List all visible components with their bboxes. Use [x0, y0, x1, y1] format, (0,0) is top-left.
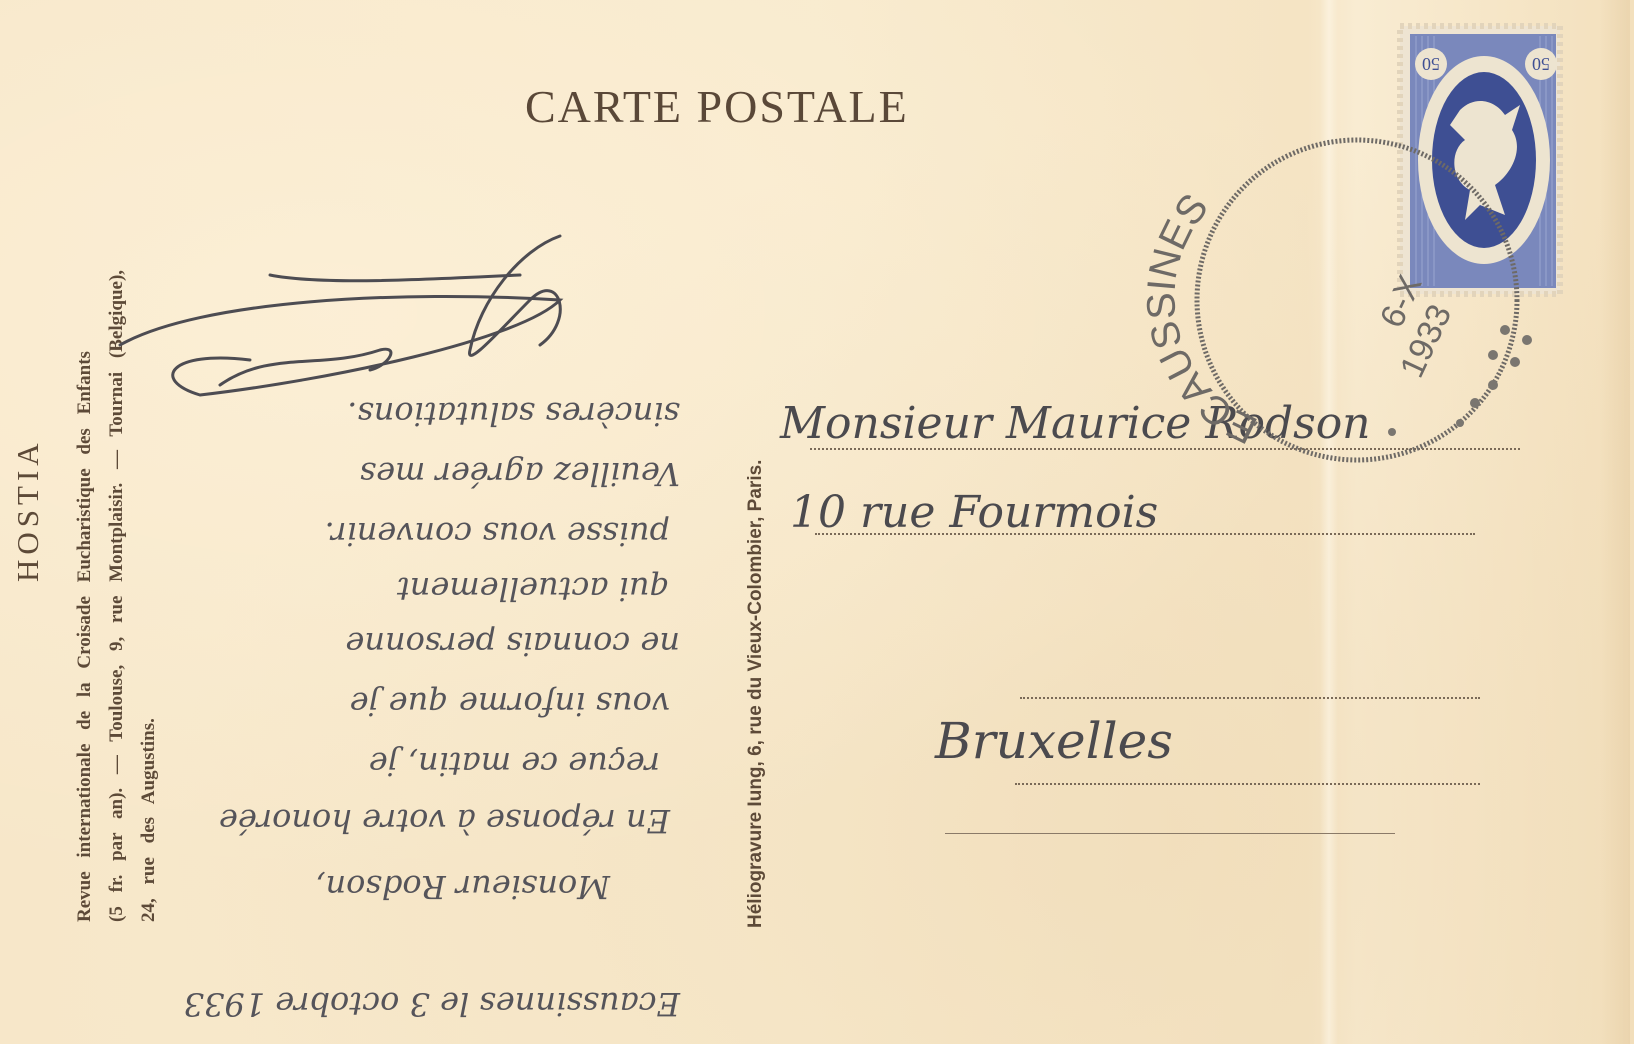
publisher-line: 24, rue des Augustins. [133, 270, 165, 922]
message-line: ne connais personne [200, 625, 680, 663]
address-line-3 [1020, 697, 1480, 699]
publisher-details: Revue internationale de la Croisade Euch… [69, 270, 165, 922]
message-line: Veuillez agréer mes [180, 455, 680, 493]
message-line: En réponse à votre honorée [200, 802, 670, 840]
address-line-4 [1015, 783, 1480, 785]
lion-icon [1450, 101, 1520, 220]
printer-credit: Héliogravure Iung, 6, rue du Vieux-Colom… [745, 460, 767, 928]
message-line: vous informe que je [200, 685, 670, 723]
signature-icon [120, 236, 560, 395]
message-line: reçue ce matin, je [210, 745, 660, 783]
postage-stamp: 50 50 [1400, 26, 1560, 294]
postcard-back: CARTE POSTALE HOSTIA Revue international… [0, 0, 1634, 1044]
message-line: sincères salutations. [200, 395, 680, 433]
card-title: CARTE POSTALE [525, 80, 909, 133]
message-date: Ecaussinnes le 3 octobre 1933 [60, 985, 680, 1023]
svg-text:6-X: 6-X [1373, 269, 1430, 333]
publisher-line: Revue internationale de la Croisade Euch… [69, 270, 101, 922]
message-line: puisse vous convenir. [150, 515, 670, 553]
message-line: qui actuellement [190, 570, 670, 608]
recipient-name: Monsieur Maurice Rodson [780, 398, 1371, 449]
svg-text:50: 50 [1422, 54, 1440, 74]
message-line: Monsieur Rodson, [190, 868, 610, 906]
recipient-city: Bruxelles [935, 712, 1173, 770]
publisher-name: HOSTIA [10, 438, 46, 582]
address-line-5 [945, 833, 1395, 834]
svg-text:1933: 1933 [1393, 299, 1459, 384]
recipient-street: 10 rue Fourmois [790, 487, 1158, 538]
paper-edge [1600, 0, 1630, 1044]
paper-crease [1320, 0, 1338, 1044]
publisher-line: (5 fr. par an). — Toulouse, 9, rue Montp… [101, 270, 133, 922]
svg-text:50: 50 [1532, 54, 1550, 74]
